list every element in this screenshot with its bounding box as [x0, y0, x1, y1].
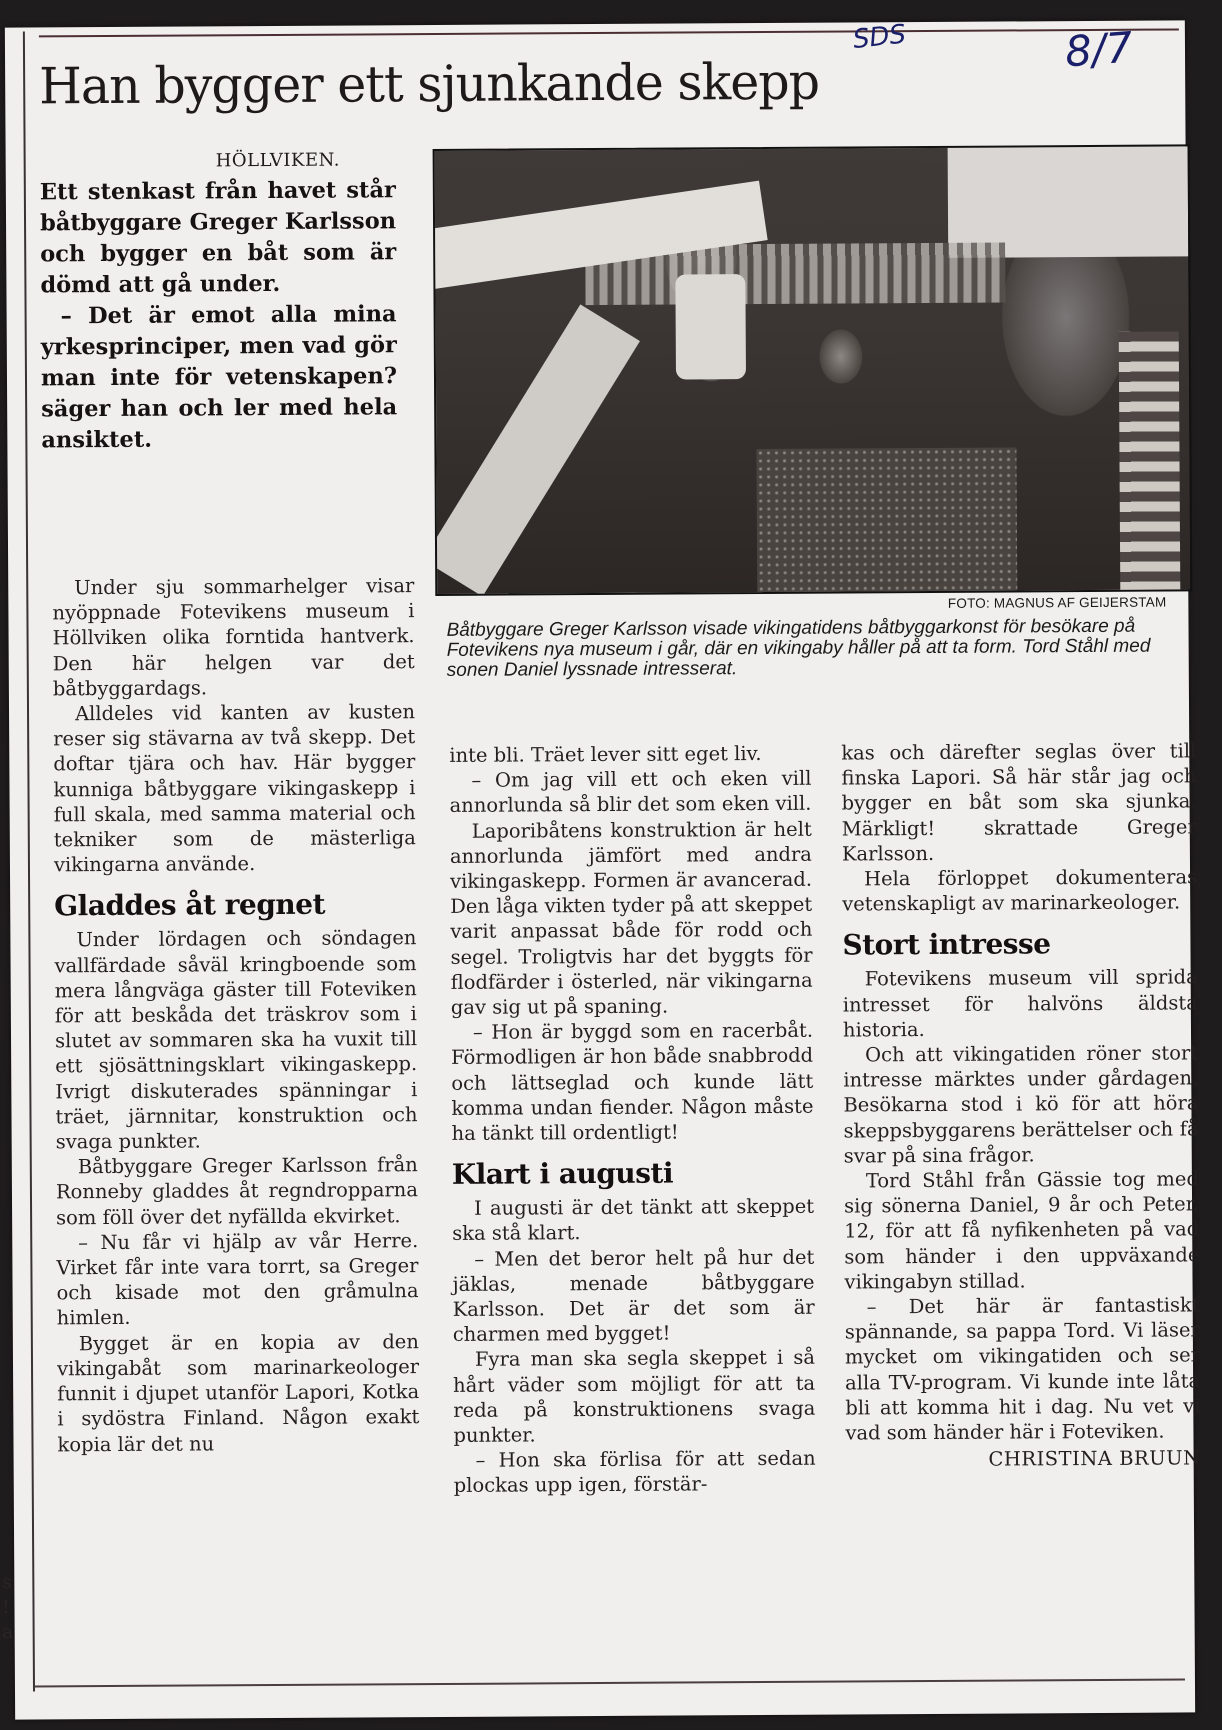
- paragraph: Fyra man ska segla skeppet i så hårt väd…: [453, 1345, 816, 1448]
- fragment-char: a: [2, 1620, 13, 1645]
- photo-beam: [433, 304, 640, 596]
- frame-border: [23, 31, 35, 1691]
- paragraph: – Om jag vill ett och eken vill annorlun…: [449, 766, 811, 819]
- fragment-char: !: [2, 1595, 13, 1620]
- paragraph: Fotevikens museum vill sprida intresset …: [843, 965, 1198, 1043]
- paragraph: Laporibåtens konstruktion är helt annorl…: [450, 816, 813, 1020]
- paragraph: inte bli. Träet lever sitt eget liv.: [449, 741, 811, 768]
- paragraph: – Hon är byggd som en racerbåt. Förmodli…: [451, 1018, 814, 1146]
- photo-person-plaid-shirt: [1119, 331, 1181, 591]
- paragraph: – Det här är fantastiskt spännande, sa p…: [845, 1292, 1201, 1445]
- newspaper-clipping: Han bygger ett sjunkande skepp SDS 8/7 H…: [5, 20, 1195, 1719]
- paragraph: Hela förloppet dokumenteras vetenskaplig…: [842, 864, 1197, 917]
- photo-person: [675, 274, 746, 379]
- column-3: kas och därefter seglas över till finska…: [841, 738, 1200, 1473]
- paragraph: Alldeles vid kanten av kusten reser sig …: [53, 699, 416, 878]
- ingress-quote: – Det är emot alla mina yrkesprinciper, …: [41, 299, 398, 456]
- paragraph: Tord Ståhl från Gässie tog med sig söner…: [844, 1166, 1200, 1294]
- photo-credit: FOTO: MAGNUS AF GEIJERSTAM: [948, 595, 1167, 611]
- photo-ground: [756, 447, 1017, 596]
- paragraph: Och att vikingatiden röner stort intress…: [843, 1040, 1199, 1168]
- paragraph: I augusti är det tänkt att skeppet ska s…: [452, 1194, 814, 1247]
- handwritten-source-note: SDS: [851, 19, 907, 55]
- ingress-lead: Ett stenkast från havet står båtbyggare …: [40, 175, 397, 301]
- subheading: Gladdes åt regnet: [54, 888, 416, 924]
- news-photo: [433, 144, 1193, 596]
- subheading: Klart i augusti: [452, 1156, 814, 1192]
- paragraph: Under sju sommarhelger visar nyöppnade F…: [52, 573, 415, 701]
- top-rule: [39, 28, 1179, 37]
- paragraph: – Hon ska förlisa för att sedan plockas …: [454, 1446, 816, 1499]
- adjacent-clipping-fragment: s ! a: [2, 1570, 13, 1645]
- byline: CHRISTINA BRUUN: [846, 1446, 1201, 1473]
- headline: Han bygger ett sjunkande skepp: [39, 53, 819, 116]
- fragment-char: s: [2, 1570, 13, 1595]
- paragraph: Under lördagen och söndagen vallfärdade …: [54, 926, 417, 1155]
- subheading: Stort intresse: [842, 927, 1197, 963]
- paragraph: – Men det beror helt på hur det jäklas, …: [452, 1244, 815, 1347]
- column-2: inte bli. Träet lever sitt eget liv. – O…: [449, 741, 816, 1499]
- ingress: Ett stenkast från havet står båtbyggare …: [40, 175, 398, 456]
- paragraph: Båtbyggare Greger Karlsson från Ronneby …: [56, 1152, 418, 1230]
- column-1: Under sju sommarhelger visar nyöppnade F…: [52, 573, 419, 1457]
- handwritten-date-note: 8/7: [1063, 22, 1134, 76]
- photo-sky: [948, 146, 1189, 257]
- bottom-rule: [35, 1678, 1185, 1687]
- paragraph: – Nu får vi hjälp av vår Herre. Virket f…: [56, 1228, 419, 1331]
- dateline: HÖLLVIKEN.: [216, 150, 340, 172]
- photo-caption: Båtbyggare Greger Karlsson visade viking…: [446, 616, 1191, 681]
- paragraph: kas och därefter seglas över till finska…: [841, 738, 1197, 866]
- paragraph: Bygget är en kopia av den vikingabåt som…: [57, 1329, 420, 1457]
